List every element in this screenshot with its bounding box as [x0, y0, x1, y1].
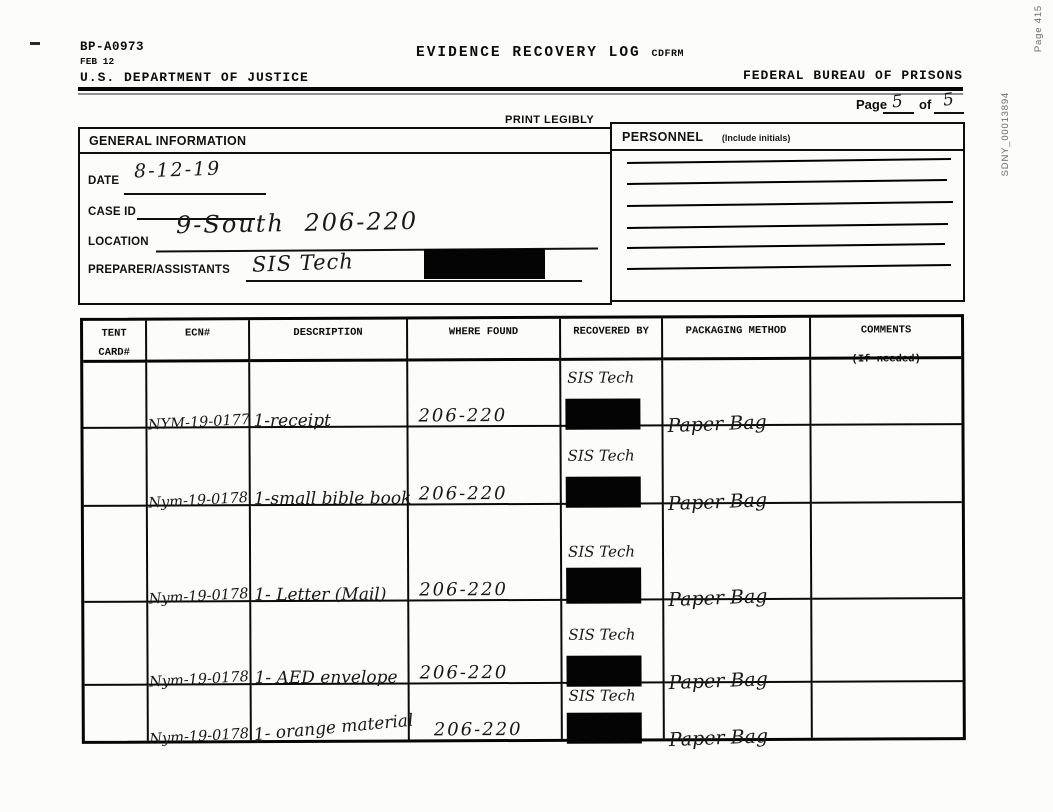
- description-handwritten: 1-receipt: [253, 411, 331, 431]
- cell-ecn: Nym-19-0178: [149, 685, 252, 740]
- redaction-box: [566, 567, 641, 603]
- cell-tent-card: [84, 507, 148, 603]
- personnel-header: PERSONNEL (Include initials): [612, 124, 963, 151]
- cell-where-found: 206-220: [409, 505, 562, 602]
- page-total-underline: [934, 112, 964, 114]
- general-information-title: GENERAL INFORMATION: [80, 129, 610, 154]
- cell-ecn: NYM-19-0177: [147, 362, 250, 428]
- redaction-box: [566, 476, 641, 507]
- date-underline: [124, 193, 266, 195]
- title-form-code: CDFRM: [651, 49, 684, 60]
- personnel-blank-line: [627, 264, 951, 270]
- evidence-table: TENT CARD# ECN# DESCRIPTION WHERE FOUND …: [80, 314, 966, 744]
- personnel-subtitle: (Include initials): [722, 133, 791, 143]
- personnel-blank-line: [627, 243, 945, 249]
- description-handwritten: 1-small bible book: [254, 488, 412, 509]
- redaction-box: [567, 712, 642, 743]
- cell-packaging-method: Paper Bag: [664, 504, 812, 601]
- redaction-box: [566, 655, 641, 686]
- redaction-box: [424, 249, 545, 279]
- recovered-by-handwritten: SIS Tech: [569, 687, 636, 705]
- cell-recovered-by: SIS Tech: [561, 360, 663, 426]
- cell-ecn: Nym-19-0178: [148, 506, 251, 602]
- cell-recovered-by: SIS Tech: [562, 504, 664, 600]
- header-rule: [78, 87, 963, 91]
- redaction-box: [565, 398, 640, 429]
- of-label: of: [919, 97, 931, 112]
- header-where-found: WHERE FOUND: [408, 319, 561, 362]
- cell-comments: [813, 682, 963, 738]
- cell-packaging-method: Paper Bag: [663, 360, 811, 427]
- header-comments: COMMENTS (If needed): [811, 317, 961, 360]
- document-title: EVIDENCE RECOVERY LOG CDFRM: [100, 45, 1000, 61]
- header-rule-shadow: [78, 93, 963, 95]
- header-description: DESCRIPTION: [250, 319, 408, 362]
- ecn-handwritten: Nym-19-0178: [149, 726, 250, 748]
- where-found-handwritten: 206-220: [419, 483, 508, 504]
- cell-comments: [811, 425, 961, 504]
- cell-description: 1- Letter (Mail): [251, 505, 409, 602]
- recovered-by-handwritten: SIS Tech: [568, 626, 635, 644]
- packaging-handwritten: Paper Bag: [667, 411, 767, 437]
- cell-recovered-by: SIS Tech: [563, 683, 665, 738]
- date-handwritten-value: 8-12-19: [134, 157, 222, 182]
- personnel-title: PERSONNEL: [622, 130, 703, 144]
- print-legibly-label: PRINT LEGIBLY: [505, 114, 594, 126]
- cell-description: 1-small bible book: [250, 427, 408, 506]
- cell-recovered-by: SIS Tech: [562, 600, 664, 683]
- cell-recovered-by: SIS Tech: [561, 426, 663, 504]
- personnel-blank-line: [627, 201, 953, 207]
- header-ecn: ECN#: [147, 320, 250, 362]
- personnel-blank-line: [627, 223, 948, 229]
- page-number-underline: [883, 112, 914, 114]
- page-number-handwritten: 5: [891, 91, 904, 112]
- header-packaging-method: PACKAGING METHOD: [663, 318, 811, 361]
- page-label: Page: [856, 97, 887, 112]
- cell-tent-card: [85, 686, 149, 741]
- cell-where-found: 206-220: [410, 684, 563, 740]
- cell-comments: [811, 359, 961, 426]
- recovered-by-handwritten: SIS Tech: [568, 447, 635, 465]
- personnel-blank-line: [627, 179, 947, 185]
- date-label: DATE: [88, 175, 119, 187]
- cell-ecn: Nym-19-0178: [147, 428, 250, 506]
- where-found-handwritten: 206-220: [420, 662, 509, 683]
- personnel-section: PERSONNEL (Include initials): [610, 122, 965, 302]
- cell-description: 1- orange material: [252, 684, 410, 740]
- cell-tent-card: [83, 429, 147, 507]
- recovered-by-handwritten: SIS Tech: [567, 369, 634, 387]
- where-found-handwritten: 206-220: [419, 579, 508, 600]
- description-handwritten: 1- Letter (Mail): [254, 585, 386, 606]
- cell-description: 1-receipt: [250, 361, 408, 428]
- cell-comments: [812, 599, 962, 683]
- cell-where-found: 206-220: [408, 427, 561, 506]
- cell-where-found: 206-220: [408, 361, 561, 428]
- preparer-underline: [246, 280, 582, 282]
- cell-packaging-method: Paper Bag: [663, 426, 811, 505]
- cell-packaging-method: Paper Bag: [664, 600, 812, 684]
- general-information-section: GENERAL INFORMATION DATE 8-12-19 CASE ID…: [78, 127, 612, 305]
- preparer-handwritten-value: SIS Tech: [252, 249, 355, 277]
- cell-ecn: Nym-19-0178: [148, 602, 251, 685]
- department-name: U.S. DEPARTMENT OF JUSTICE: [80, 70, 309, 85]
- cell-tent-card: [83, 363, 147, 429]
- description-handwritten: 1- orange material: [253, 711, 414, 746]
- bates-number-stamp: SDNY_00013894: [1000, 92, 1011, 176]
- page-stamp-vertical: Page 415: [1033, 5, 1044, 52]
- header-tent-card: TENT CARD#: [83, 321, 147, 363]
- cell-description: 1- AED envelope: [251, 601, 409, 685]
- packaging-handwritten: Paper Bag: [667, 489, 767, 515]
- location-handwritten-value: 9-South 206-220: [176, 207, 419, 239]
- personnel-blank-line: [627, 158, 951, 164]
- cell-where-found: 206-220: [409, 601, 562, 685]
- packaging-handwritten: Paper Bag: [668, 725, 768, 751]
- packaging-handwritten: Paper Bag: [668, 585, 768, 611]
- where-found-handwritten: 206-220: [418, 405, 507, 426]
- cell-tent-card: [84, 603, 148, 686]
- packaging-handwritten: Paper Bag: [668, 668, 768, 694]
- case-id-label: CASE ID: [88, 206, 136, 218]
- description-handwritten: 1- AED envelope: [255, 668, 398, 689]
- preparer-label: PREPARER/ASSISTANTS: [88, 264, 230, 276]
- header-recovered-by: RECOVERED BY: [561, 318, 663, 360]
- title-text: EVIDENCE RECOVERY LOG: [416, 45, 641, 61]
- location-label: LOCATION: [88, 236, 149, 248]
- scanned-evidence-recovery-log: BP-A0973 FEB 12 U.S. DEPARTMENT OF JUSTI…: [0, 0, 1053, 812]
- stray-scan-mark: [30, 42, 40, 45]
- bureau-name: FEDERAL BUREAU OF PRISONS: [743, 68, 963, 83]
- recovered-by-handwritten: SIS Tech: [568, 543, 635, 561]
- cell-comments: [812, 503, 962, 600]
- where-found-handwritten: 206-220: [434, 719, 523, 740]
